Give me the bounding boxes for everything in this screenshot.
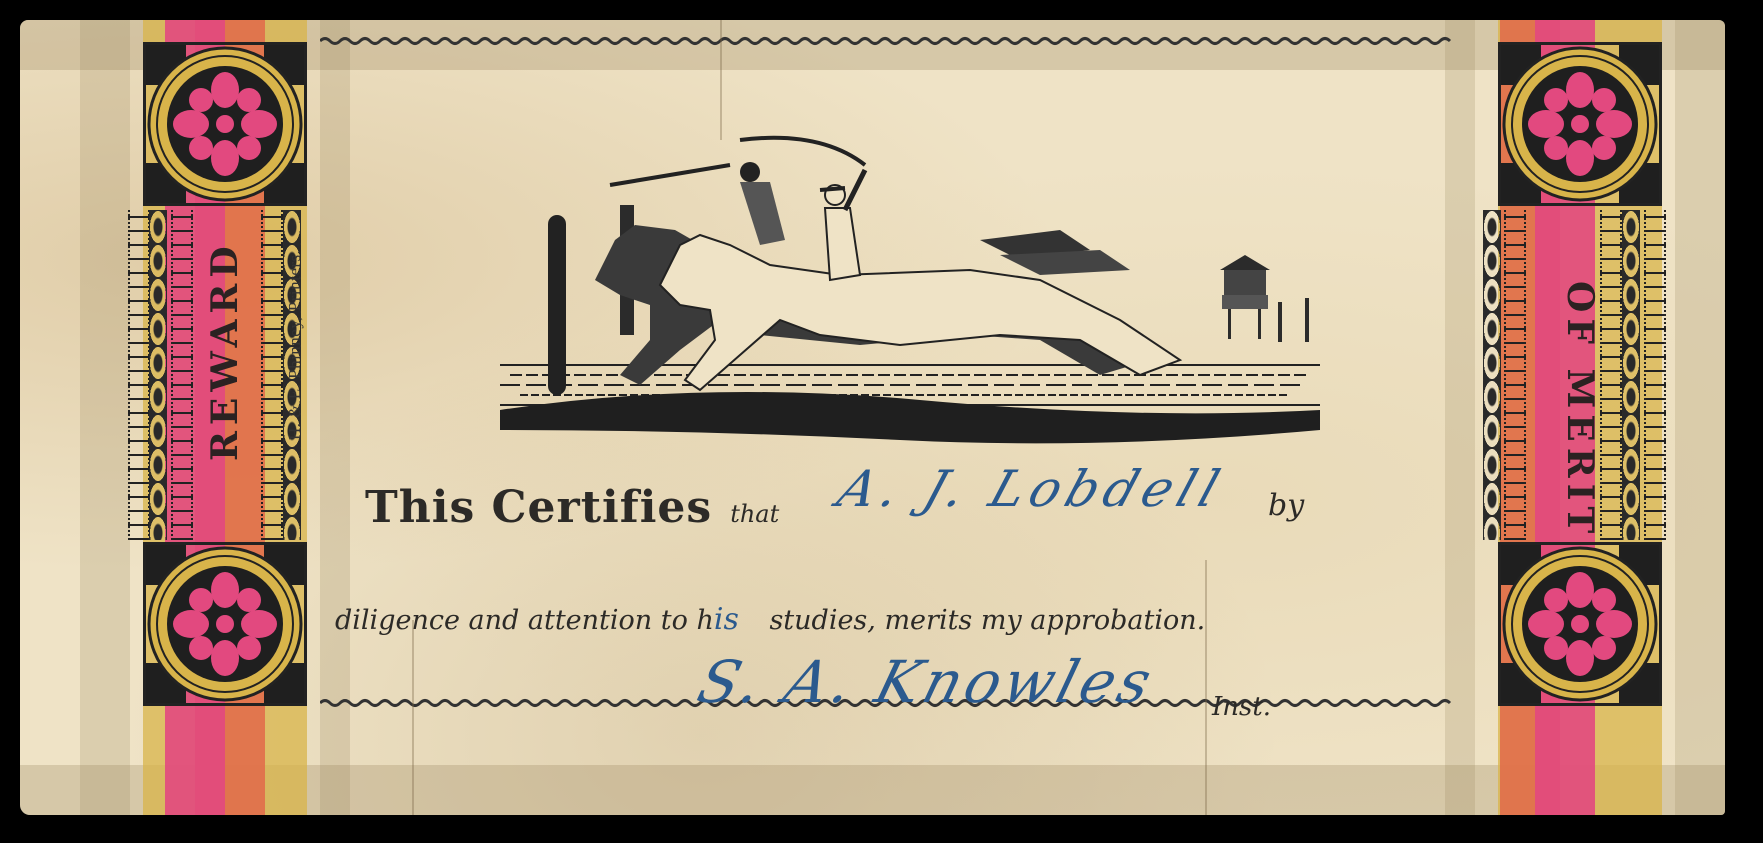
rosette-icon [1501,545,1659,703]
rosette-icon [146,45,304,203]
chain-ornament [1600,210,1622,540]
left-aging-band [80,20,130,815]
certificate-heading: This Certifies [365,482,712,533]
rosette-ornament-bottom [1498,542,1662,706]
rosette-icon [146,545,304,703]
chain-ornament [1504,210,1526,540]
rosette-ornament-bottom [143,542,307,706]
oval-ornament [1622,210,1640,540]
instructor-signature: S. A. Knowles [691,648,1162,716]
printer-credit: H. & E. Phinney, Printers. [285,250,305,440]
right-aging-band [1675,20,1725,815]
certificate-card: REWARD H. & E. Phinney, Printers. [20,20,1725,815]
certificate-body-line: diligence and attention to his studies, … [335,602,1205,637]
rosette-icon [1501,45,1659,203]
chain-ornament [128,210,150,540]
signature-title: Inst. [1212,692,1271,722]
heading-connector: that [730,500,779,528]
paper-crease [412,620,414,815]
wavy-rule-top [320,36,1455,46]
chain-ornament [261,210,283,540]
certificate-heading-line: This Certifies that [365,482,779,533]
horse-race-woodcut [500,130,1340,470]
by-text: by [1268,488,1304,523]
of-merit-label: OF MERIT [1559,281,1601,461]
oval-ornament [1483,210,1501,540]
rosette-ornament-top [1498,42,1662,206]
chain-ornament [171,210,193,540]
rosette-ornament-top [143,42,307,206]
body-text-end: studies, merits my approbation. [769,605,1205,636]
reward-label: REWARD [204,281,246,461]
paper-crease [1205,560,1207,815]
right-ornamental-border: OF MERIT [1480,20,1680,815]
paper-crease [720,20,722,140]
recipient-name: A. J. Lobdell [831,460,1233,518]
chain-ornament [1644,210,1666,540]
oval-ornament [149,210,167,540]
body-text-start: diligence and attention to h [335,605,714,636]
handwritten-pronoun: is [714,602,739,637]
right-inner-band [1445,20,1475,815]
